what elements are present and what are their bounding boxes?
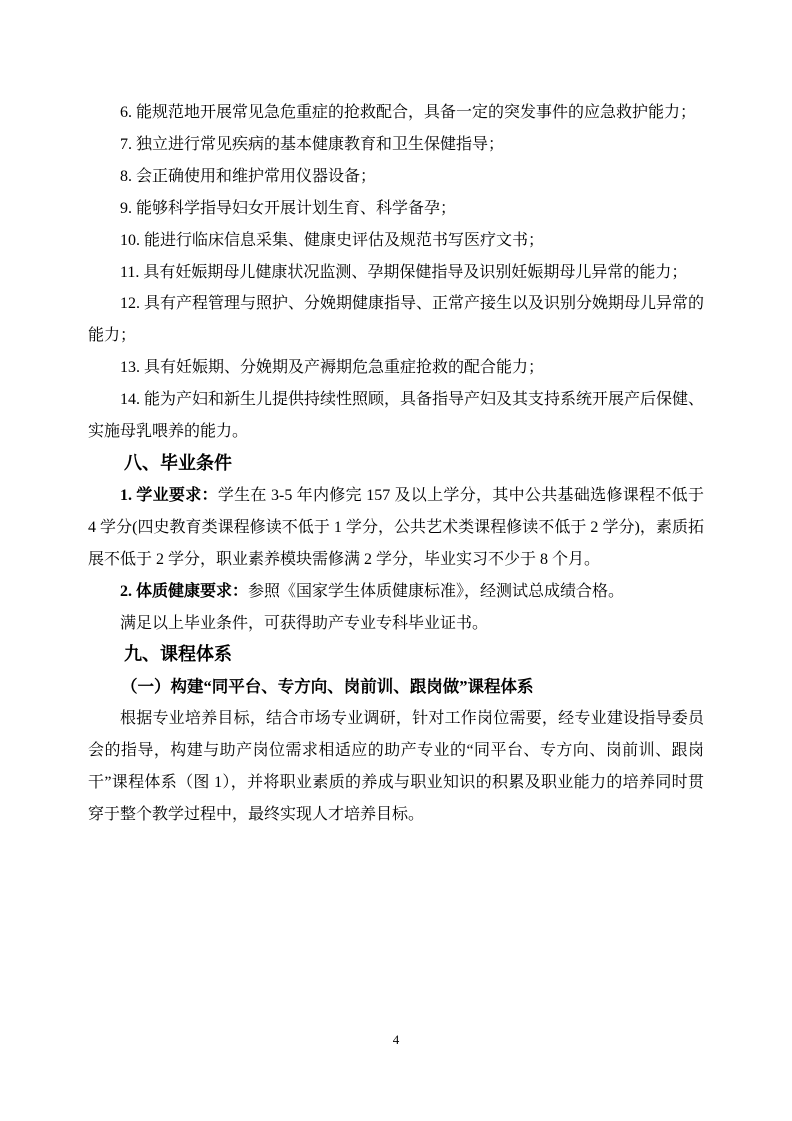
para-fitness-requirement: 2. 体质健康要求：参照《国家学生体质健康标准》，经测试总成绩合格。 <box>88 576 704 608</box>
academic-requirement-label: 1. 学业要求： <box>120 487 218 504</box>
list-item-11: 11. 具有妊娠期母儿健康状况监测、孕期保健指导及识别妊娠期母儿异常的能力； <box>88 257 704 289</box>
heading-curriculum-system: 九、课程体系 <box>88 639 704 671</box>
list-item-8: 8. 会正确使用和维护常用仪器设备； <box>88 161 704 193</box>
heading-graduation-conditions: 八、毕业条件 <box>88 448 704 480</box>
subheading-curriculum-construction: （一）构建“同平台、专方向、岗前训、跟岗做”课程体系 <box>88 671 704 703</box>
document-page: 6. 能规范地开展常见急危重症的抢救配合，具备一定的突发事件的应急救护能力； 7… <box>0 0 792 1121</box>
fitness-requirement-label: 2. 体质健康要求： <box>120 583 248 600</box>
page-number: 4 <box>0 1030 792 1050</box>
list-item-10: 10. 能进行临床信息采集、健康史评估及规范书写医疗文书； <box>88 225 704 257</box>
para-academic-requirement: 1. 学业要求：学生在 3-5 年内修完 157 及以上学分，其中公共基础选修课… <box>88 480 704 576</box>
list-item-6: 6. 能规范地开展常见急危重症的抢救配合，具备一定的突发事件的应急救护能力； <box>88 97 704 129</box>
fitness-requirement-text: 参照《国家学生体质健康标准》，经测试总成绩合格。 <box>248 583 624 600</box>
page-content: 6. 能规范地开展常见急危重症的抢救配合，具备一定的突发事件的应急救护能力； 7… <box>88 97 704 831</box>
list-item-9: 9. 能够科学指导妇女开展计划生育、科学备孕； <box>88 193 704 225</box>
list-item-13: 13. 具有妊娠期、分娩期及产褥期危急重症抢救的配合能力； <box>88 352 704 384</box>
para-curriculum-intro: 根据专业培养目标，结合市场专业调研，针对工作岗位需要，经专业建设指导委员会的指导… <box>88 703 704 831</box>
list-item-14: 14. 能为产妇和新生儿提供持续性照顾，具备指导产妇及其支持系统开展产后保健、实… <box>88 384 704 448</box>
list-item-12: 12. 具有产程管理与照护、分娩期健康指导、正常产接生以及识别分娩期母儿异常的能… <box>88 288 704 352</box>
para-graduation-note: 满足以上毕业条件，可获得助产专业专科毕业证书。 <box>88 608 704 640</box>
list-item-7: 7. 独立进行常见疾病的基本健康教育和卫生保健指导； <box>88 129 704 161</box>
